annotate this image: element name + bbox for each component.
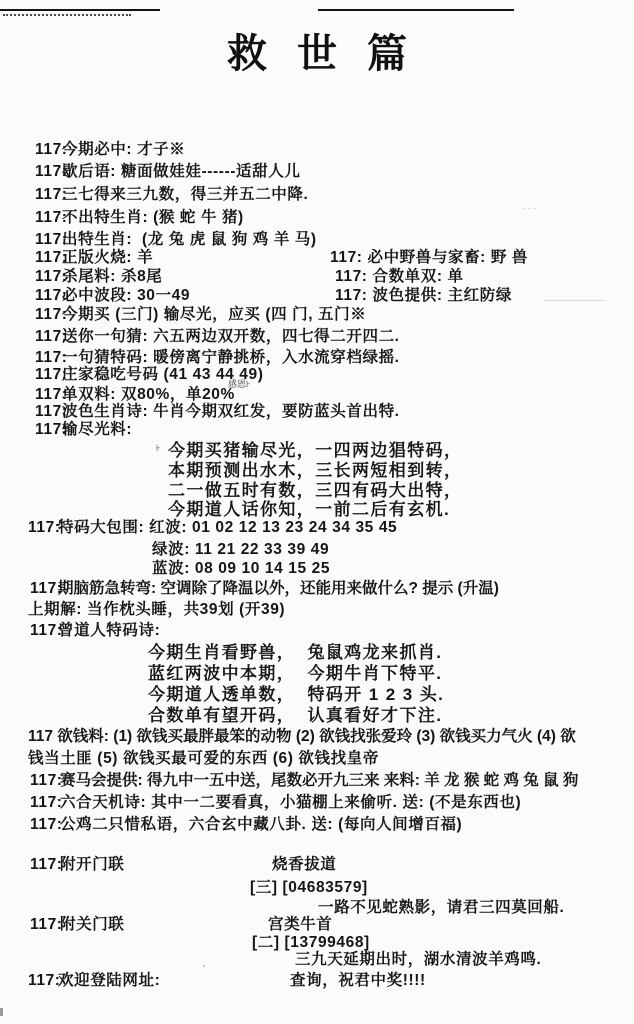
- issue-label: 117:: [30, 772, 63, 790]
- doc-text: 曾道人特码诗:: [58, 622, 160, 640]
- doc-text: 117: 合数单双: 单: [335, 268, 464, 286]
- scan-artifact: ···: [522, 203, 538, 214]
- doc-text: 波色生肖诗: 牛肖今期双红发，要防蓝头首出特.: [62, 403, 400, 421]
- page: 救 世 篇 117:今期必中: 才子※117:歇后语: 糖面做娃娃------适…: [0, 0, 634, 1024]
- doc-text: 今期生肖看野兽， 兔鼠鸡龙来抓肖.: [148, 643, 442, 663]
- scan-artifact: [0, 1008, 3, 1016]
- doc-text: 六合天机诗: 其中一二要看真，小猫棚上来偷听. 送: (不是东西也): [60, 794, 521, 812]
- doc-text: 正版火烧: 羊: [62, 249, 153, 267]
- doc-text: 不出特生肖: (猴 蛇 牛 猪): [62, 209, 244, 227]
- issue-label: 117:: [30, 916, 63, 934]
- doc-text: 二一做五时有数，三四有码大出特，: [168, 481, 462, 501]
- doc-text: 上期解: 当作枕头睡，共39划 (开39): [28, 601, 285, 619]
- issue-label: 117:: [30, 816, 63, 834]
- doc-text: 出特生肖: (龙 兔 虎 鼠 狗 鸡 羊 马): [62, 231, 317, 249]
- doc-text: [二] [13799468]: [252, 934, 370, 952]
- doc-text: 117: 必中野兽与家畜: 野 兽: [330, 249, 528, 267]
- scan-artifact: [543, 300, 605, 301]
- page-title: 救 世 篇: [0, 22, 634, 79]
- doc-text: 杀尾料: 杀8尾: [62, 268, 162, 286]
- doc-text: 公鸡二只惜私语，六合玄中藏八卦. 送: (每向人间增百福): [60, 816, 462, 834]
- scan-mark: ⊦: [156, 443, 161, 453]
- doc-text: 今期买 (三门) 输尽光，应买 (四 门, 五门※: [62, 306, 366, 324]
- issue-label: 117:: [30, 794, 63, 812]
- doc-text: [三] [04683579]: [250, 879, 368, 897]
- doc-text: 钱当土匪 (5) 欲钱买最可爱的东西 (6) 欲钱找皇帝: [28, 750, 379, 768]
- top-left-rule-dashes: [3, 14, 131, 16]
- doc-text: 一句猜特码: 暖傍离宁静挑桥，入水流穿档绿摇.: [62, 349, 400, 367]
- doc-text: 烧香拔道: [272, 856, 336, 874]
- doc-text: 特码大包围: 红波: 01 02 12 13 23 24 34 35 45: [58, 519, 397, 537]
- doc-text: 期脑筋急转弯: 空调除了降温以外，还能用来做什么? 提示 (升温): [58, 580, 499, 598]
- doc-text: 117: 波色提供: 主红防绿: [335, 287, 512, 305]
- doc-text: 蓝红两波中本期， 今期牛肖下特平.: [148, 664, 442, 684]
- doc-text: 送你一句猜: 六五两边双开数，四七得二开四二.: [62, 328, 400, 346]
- doc-text: 欢迎登陆网址:: [58, 972, 160, 990]
- doc-text: 三七得来三九数，得三并五二中降.: [62, 186, 308, 204]
- top-right-rule: [318, 9, 514, 11]
- doc-text: 本期预测出水木，三长两短相到转，: [168, 461, 462, 481]
- doc-text: 合数单有望开码， 认真看好才下注.: [148, 706, 442, 726]
- issue-label: 117:: [28, 519, 61, 537]
- issue-label: 117:: [30, 856, 63, 874]
- doc-text: 附开门联: [60, 856, 124, 874]
- doc-text: 歇后语: 糖面做娃娃------适甜人儿: [62, 163, 300, 181]
- doc-text: 绿波: 11 21 22 33 39 49: [152, 541, 329, 559]
- doc-text: 三九天延期出时，湖水清波羊鸡鸣.: [295, 951, 541, 969]
- doc-text: 单双料: 双80%，单20%: [62, 386, 235, 404]
- top-left-rule: [0, 9, 160, 11]
- doc-text: 一路不见蛇熟影，请君三四莫回船.: [318, 899, 564, 917]
- issue-label: 117:: [28, 972, 61, 990]
- doc-text: 117 欲钱料: (1) 欲钱买最胖最笨的动物 (2) 欲钱找张爱玲 (3) 欲…: [28, 728, 576, 746]
- doc-text: 输尽光料:: [62, 421, 132, 439]
- scan-artifact: ': [203, 964, 207, 975]
- doc-text: 宫类牛首: [268, 916, 332, 934]
- doc-text: 必中波段: 30一49: [62, 287, 190, 305]
- doc-text: 查询，祝君中奖!!!!: [290, 972, 426, 990]
- doc-text: 蓝波: 08 09 10 14 15 25: [152, 560, 330, 578]
- doc-text: 附关门联: [60, 916, 124, 934]
- doc-text: 今期必中: 才子※: [62, 141, 185, 159]
- doc-text: 今期道人透单数， 特码开 1 2 3 头.: [148, 685, 444, 705]
- doc-text: 今期买猪输尽光，一四两边猖特码，: [168, 441, 462, 461]
- doc-text: 今期道人话你知，一前二后有玄机.: [168, 500, 450, 520]
- doc-text: 赛马会提供: 得九中一五中送，尾数必开九三来 来料: 羊 龙 猴 蛇 鸡 兔 鼠…: [60, 772, 578, 790]
